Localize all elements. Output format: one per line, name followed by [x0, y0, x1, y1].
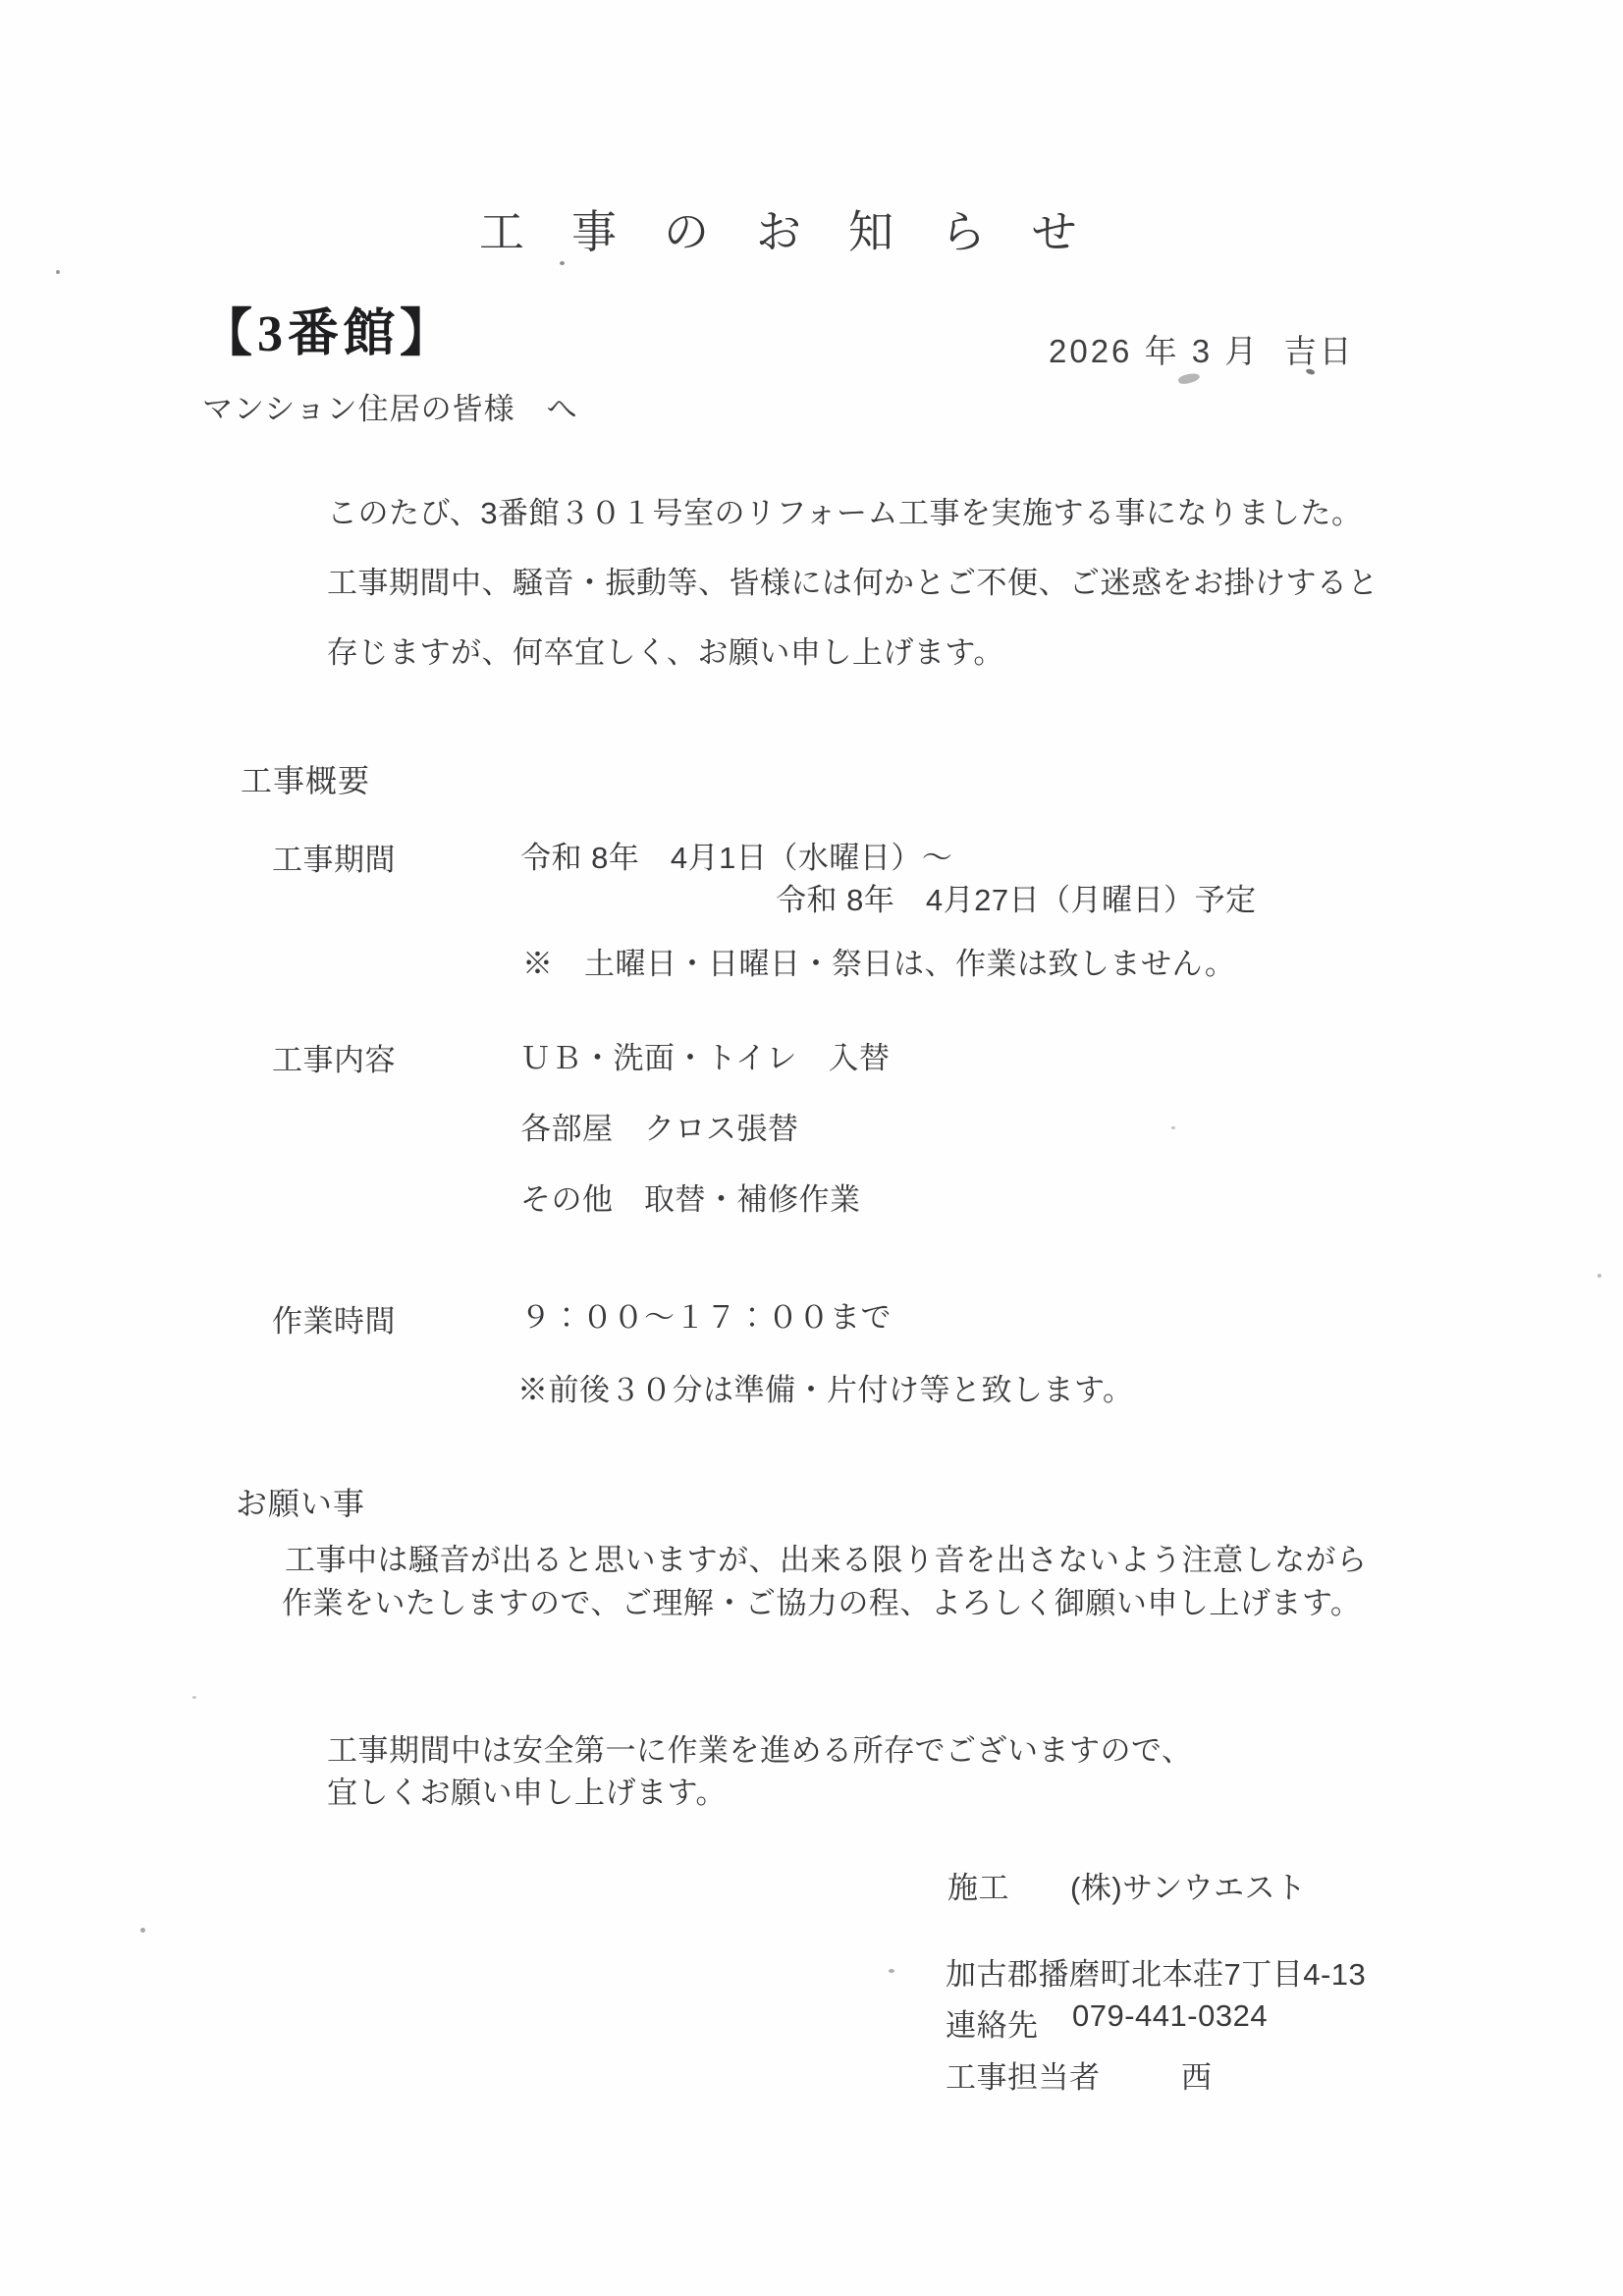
intro-line-2: 工事期間中、騒音・振動等、皆様には何かとご不便、ご迷惑をお掛けすると	[327, 558, 1379, 602]
closing-line-1: 工事期間中は安全第一に作業を進める所存でございますので、	[327, 1725, 1192, 1770]
hours-value: ９：００～１７：００まで	[520, 1292, 892, 1337]
manager-label: 工事担当者	[946, 2052, 1101, 2097]
contractor-name: (株)サンウエスト	[1070, 1863, 1307, 1907]
scanned-notice-page: 工事のお知らせ 【3番館】 2026 年 3 月 吉日 マンション住居の皆様 へ…	[0, 0, 1623, 2296]
recipient-line: マンション住居の皆様 へ	[202, 384, 578, 428]
closing-line-2: 宜しくお願い申し上げます。	[327, 1768, 727, 1812]
content-label: 工事内容	[272, 1035, 396, 1079]
content-line-3: その他 取替・補修作業	[520, 1175, 861, 1219]
page-title: 工事のお知らせ	[479, 196, 1124, 261]
scan-speck	[560, 261, 565, 265]
hours-label: 作業時間	[272, 1296, 396, 1340]
contractor-address: 加古郡播磨町北本荘7丁目4-13	[946, 1949, 1366, 1994]
building-label: 【3番館】	[201, 292, 456, 365]
content-line-2: 各部屋 クロス張替	[520, 1104, 799, 1148]
period-label: 工事期間	[272, 835, 396, 879]
intro-line-3: 存じますが、何卒宜しく、お願い申し上げます。	[327, 628, 1004, 672]
scan-speck	[56, 270, 60, 274]
overview-heading: 工事概要	[241, 756, 370, 801]
period-note: ※ 土曜日・日曜日・祭日は、作業は致しません。	[522, 939, 1235, 983]
contractor-label: 施工	[947, 1863, 1009, 1907]
manager-name: 西	[1181, 2052, 1213, 2097]
scan-speck	[1171, 1126, 1175, 1129]
period-line-2: 令和 8年 4月27日（月曜日）予定	[776, 875, 1257, 919]
date-line: 2026 年 3 月 吉日	[1049, 326, 1355, 372]
request-line-2: 作業をいたしますので、ご理解・ご協力の程、よろしく御願い申し上げます。	[282, 1578, 1361, 1622]
request-line-1: 工事中は騒音が出ると思いますが、出来る限り音を出さないよう注意しながら	[285, 1535, 1368, 1579]
intro-line-1: このたび、3番館３０１号室のリフォーム工事を実施する事になりました。	[327, 488, 1362, 532]
scan-speck	[1597, 1274, 1601, 1278]
contact-phone: 079-441-0324	[1072, 1998, 1268, 2034]
hours-note: ※前後３０分は準備・片付け等と致します。	[517, 1365, 1134, 1409]
scan-speck	[140, 1928, 145, 1933]
scan-speck	[192, 1696, 196, 1699]
scan-speck	[1177, 371, 1201, 385]
contact-label: 連絡先	[946, 2000, 1039, 2045]
period-line-1: 令和 8年 4月1日（水曜日）～	[520, 833, 952, 877]
content-line-1: ＵＢ・洗面・トイレ 入替	[520, 1033, 890, 1077]
scan-speck	[889, 1969, 894, 1973]
request-heading: お願い事	[236, 1479, 365, 1524]
